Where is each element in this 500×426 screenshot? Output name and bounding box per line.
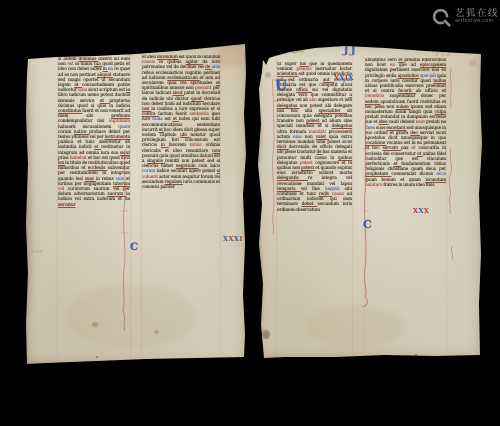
red-margin-mark bbox=[448, 246, 456, 260]
photograph-background: si autem dominus dixerit ad eum non est … bbox=[0, 0, 500, 426]
quire-mark bbox=[415, 354, 417, 356]
stain bbox=[262, 330, 270, 339]
illuminated-initial-c-left: C bbox=[130, 242, 138, 253]
red-penwork-flourish bbox=[269, 94, 278, 234]
stain bbox=[56, 49, 66, 55]
chapter-numeral-xxx: XXX bbox=[413, 208, 429, 215]
text-column-left-2: et ideo dicendum est quod in omnibus cau… bbox=[142, 55, 220, 301]
red-penwork-flourish bbox=[359, 119, 373, 311]
stain bbox=[305, 306, 405, 348]
running-header: JJ bbox=[343, 42, 357, 57]
ruling-line bbox=[220, 53, 221, 355]
stain bbox=[257, 104, 262, 164]
quire-mark bbox=[96, 356, 98, 358]
chapter-numeral-xxix: XXIX bbox=[334, 75, 354, 82]
red-margin-mark bbox=[446, 148, 456, 214]
illuminated-initial-c-right: C bbox=[363, 218, 372, 231]
folio-number: 252 bbox=[435, 50, 452, 58]
text-column-right-2: abbatibus vero et prelatis inferioribus … bbox=[365, 58, 446, 297]
manuscript-leaf-left: si autem dominus dixerit ad eum non est … bbox=[26, 44, 247, 364]
watermark-site-name: 艺狐在线 bbox=[455, 8, 499, 19]
stain bbox=[126, 51, 134, 56]
stain bbox=[24, 94, 32, 314]
watermark: 艺狐在线 artfoxlive.com bbox=[432, 8, 499, 27]
manuscript-leaf-right: JJ 252 ut super his que in questionem ve… bbox=[255, 44, 482, 359]
red-penwork-flourish bbox=[118, 149, 132, 331]
watermark-site-url: artfoxlive.com bbox=[455, 19, 499, 25]
chapter-numeral-xxxi: XXXI bbox=[223, 236, 243, 243]
stain bbox=[469, 60, 477, 66]
red-margin-mark bbox=[447, 68, 455, 108]
watermark-text: 艺狐在线 artfoxlive.com bbox=[455, 8, 499, 25]
marginal-note: f nuda bbox=[32, 250, 43, 254]
stain bbox=[255, 234, 262, 349]
artfox-logo-icon bbox=[432, 8, 451, 27]
gold-scribble-decoration bbox=[271, 46, 305, 59]
